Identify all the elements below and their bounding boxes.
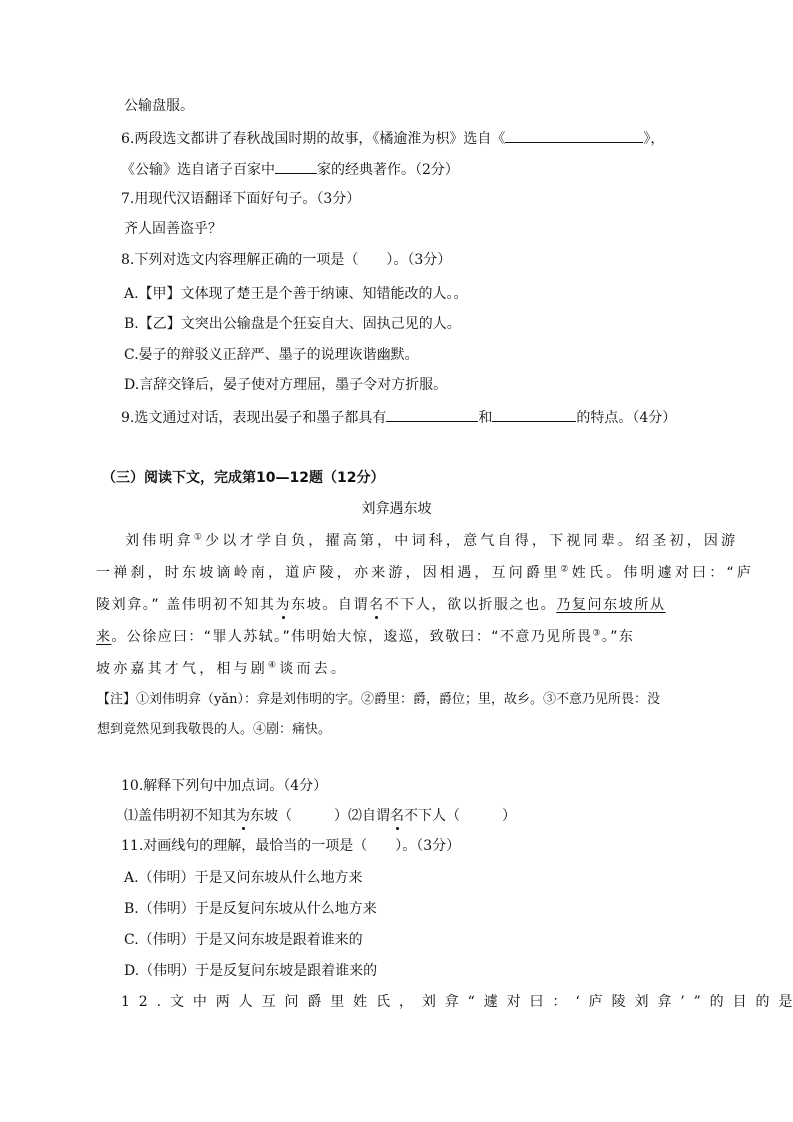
footnote-ref-3: ③ xyxy=(592,628,601,638)
question-8-option-b: B.【乙】文突出公输盘是个狂妄自大、固执己见的人。 xyxy=(124,314,461,334)
passage-text: 东坡。自谓 xyxy=(291,597,369,613)
passage-line-1: 刘伟明弇①少以才学自负，擢高第，中词科，意气自得，下视同辈。绍圣初，因游 xyxy=(125,531,738,551)
q6-text-1: 6.两段选文都讲了春秋战国时期的故事，《橘逾淮为枳》选自《 xyxy=(121,131,505,147)
underlined-sentence-part-1: 乃复问东坡所从 xyxy=(556,597,665,613)
q10-dotted-word-wei: 为 xyxy=(236,806,250,826)
passage-line-4: 来。公徐应曰：“罪人苏轼。”伟明始大惊，逡巡，致敬曰：“不意乃见所畏③。”东 xyxy=(96,627,634,647)
question-9: 9.选文通过对话，表现出晏子和墨子都具有和的特点。（4分） xyxy=(121,407,676,428)
question-11-option-d: D.（伟明）于是反复问东坡是跟着谁来的 xyxy=(124,961,377,981)
q10-item2-blank[interactable]: 不下人（ ） xyxy=(404,808,516,824)
q9-text-3: 的特点。（4分） xyxy=(576,410,676,426)
passage-text: 。”东 xyxy=(602,629,634,645)
passage-line-2: 一禅刹，时东坡谪岭南，道庐陵，亦来游，因相遇，互问爵里②姓氏。伟明遽对曰：“庐 xyxy=(96,563,754,583)
section-3-heading: （三）阅读下文，完成第10—12题（12分） xyxy=(102,468,384,488)
q6-text-4: 家的经典著作。（2分） xyxy=(317,162,459,178)
passage-text: 不下人，欲以折服之也。 xyxy=(385,597,557,613)
question-11-option-b: B.（伟明）于是反复问东坡从什么地方来 xyxy=(124,899,377,919)
q6-blank-source[interactable] xyxy=(505,128,643,143)
passage-text: 。公徐应曰：“罪人苏轼。”伟明始大惊，逡巡，致敬曰：“不意乃见所畏 xyxy=(111,629,592,645)
passage-text: 少以才学自负，擢高第，中词科，意气自得，下视同辈。绍圣初，因游 xyxy=(205,533,738,549)
q10-item2-text: ⑵自谓 xyxy=(348,808,390,824)
question-11-option-a: A.（伟明）于是又问东坡从什么地方来 xyxy=(124,868,363,888)
q10-item1-text: ⑴盖伟明初不知其 xyxy=(124,808,236,824)
footnote-line-2: 想到竟然见到我敬畏的人。④剧：痛快。 xyxy=(97,720,331,740)
dotted-word-wei: 为 xyxy=(276,595,292,615)
carryover-line: 公输盘服。 xyxy=(124,96,194,116)
q10-dotted-word-ming: 名 xyxy=(390,806,404,826)
passage-text: 谈而去。 xyxy=(279,661,348,677)
q10-item1-blank[interactable]: 东坡（ ） xyxy=(250,808,348,824)
question-8-option-c: C.晏子的辩驳义正辞严、墨子的说理诙谐幽默。 xyxy=(124,345,419,365)
dotted-word-ming: 名 xyxy=(369,595,385,615)
q9-text-2: 和 xyxy=(478,410,492,426)
passage-line-5: 坡亦嘉其才气，相与剧④谈而去。 xyxy=(96,659,348,679)
question-12-prompt: 12.文中两人互问爵里姓氏，刘弇“遽对曰：‘庐陵刘弇’”的目的是 xyxy=(121,992,793,1012)
q6-text-3: 《公输》选自诸子百家中 xyxy=(121,162,275,178)
footnote-line-1: 【注】①刘伟明弇（yǎn）：弇是刘伟明的字。②爵里：爵，爵位；里，故乡。③不意乃… xyxy=(97,690,660,710)
passage-text: 刘伟明弇 xyxy=(125,533,194,549)
question-8-prompt: 8.下列对选文内容理解正确的一项是（ ）。（3分） xyxy=(121,250,451,270)
footnote-ref-2: ② xyxy=(560,564,571,574)
underlined-sentence-part-2: 来 xyxy=(96,629,111,645)
question-7-prompt: 7.用现代汉语翻译下面好句子。（3分） xyxy=(121,189,360,209)
q6-blank-school[interactable] xyxy=(275,159,317,174)
question-10-items: ⑴盖伟明初不知其为东坡（ ）⑵自谓名不下人（ ） xyxy=(124,806,516,826)
passage-line-3: 陵刘弇。” 盖伟明初不知其为东坡。自谓名不下人，欲以折服之也。乃复问东坡所从 xyxy=(96,595,666,615)
question-11-prompt: 11.对画线句的理解，最恰当的一项是（ ）。（3分） xyxy=(121,836,460,856)
q9-text-1: 9.选文通过对话，表现出晏子和墨子都具有 xyxy=(121,410,386,426)
question-11-option-c: C.（伟明）于是又问东坡是跟着谁来的 xyxy=(124,930,363,950)
passage-text: 陵刘弇。” 盖伟明初不知其 xyxy=(96,597,276,613)
passage-title: 刘弇遇东坡 xyxy=(0,499,793,519)
question-8-option-a: A.【甲】文体现了楚王是个善于纳谏、知错能改的人。。 xyxy=(124,284,468,304)
passage-text: 一禅刹，时东坡谪岭南，道庐陵，亦来游，因相遇，互问爵里 xyxy=(96,565,560,581)
question-6-line-2: 《公输》选自诸子百家中家的经典著作。（2分） xyxy=(121,159,459,180)
q9-blank-1[interactable] xyxy=(386,407,478,422)
footnote-ref-1: ① xyxy=(194,532,205,542)
footnote-ref-4: ④ xyxy=(268,660,279,670)
question-6-line-1: 6.两段选文都讲了春秋战国时期的故事，《橘逾淮为枳》选自《》， xyxy=(121,128,664,149)
passage-text: 坡亦嘉其才气，相与剧 xyxy=(96,661,268,677)
passage-text: 姓氏。伟明遽对曰：“庐 xyxy=(572,565,754,581)
q6-text-2: 》， xyxy=(643,131,664,147)
question-10-prompt: 10.解释下列句中加点词。（4分） xyxy=(121,776,327,796)
question-8-option-d: D.言辞交锋后，晏子使对方理屈，墨子令对方折服。 xyxy=(124,375,447,395)
question-7-sentence: 齐人固善盗乎？ xyxy=(124,219,222,239)
q9-blank-2[interactable] xyxy=(492,407,576,422)
